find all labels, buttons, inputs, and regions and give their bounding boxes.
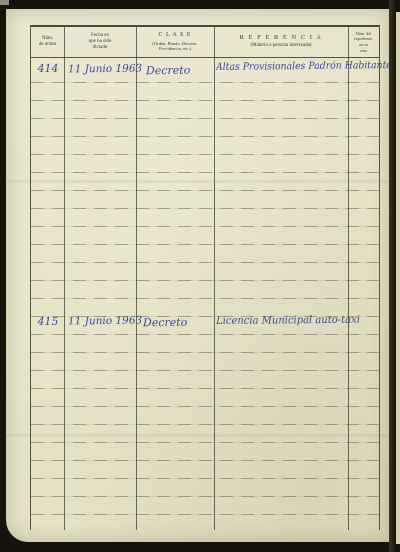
header-line: dictado — [93, 45, 108, 51]
row-line — [31, 316, 379, 317]
row-line — [31, 262, 379, 263]
header-fecha: Fecha en que ha sido dictado — [64, 27, 136, 57]
registry-table: Núm. de orden Fecha en que ha sido dicta… — [30, 25, 380, 530]
row-line — [31, 442, 379, 443]
header-line: Providencia, etc.) — [159, 46, 191, 52]
table-header: Núm. de orden Fecha en que ha sido dicta… — [31, 27, 379, 57]
row-line — [31, 406, 379, 407]
header-clase: C L A S E (Orden, Bando, Decreto, Provid… — [136, 27, 214, 57]
header-referencia: R E F E R E N C I A (Materia o persona i… — [214, 27, 348, 57]
row-line — [31, 136, 379, 137]
header-line: C L A S E — [158, 32, 191, 40]
row-line — [31, 280, 379, 281]
row-line — [31, 298, 379, 299]
row-line — [31, 226, 379, 227]
entry-num: 414 — [31, 62, 65, 76]
entry-date: 11 Junio 1963 — [68, 63, 142, 76]
header-line: (Materia o persona interesada) — [251, 43, 312, 49]
row-line — [31, 424, 379, 425]
header-line: R E F E R E N C I A — [240, 34, 323, 42]
row-line — [31, 208, 379, 209]
row-line — [31, 172, 379, 173]
row-line — [31, 460, 379, 461]
header-num-expediente: Núm. del expediente, en su caso — [348, 27, 379, 57]
row-line — [31, 334, 379, 335]
ledger-page: Núm. de orden Fecha en que ha sido dicta… — [6, 9, 389, 542]
header-line: de orden — [39, 42, 56, 48]
row-line — [31, 388, 379, 389]
row-line — [31, 514, 379, 515]
row-line — [31, 100, 379, 101]
row-line — [31, 244, 379, 245]
row-line — [31, 154, 379, 155]
next-page-edge — [396, 12, 400, 544]
row-line — [31, 496, 379, 497]
row-line — [31, 478, 379, 479]
column-line — [348, 27, 349, 530]
scan-corner-artifact — [0, 0, 9, 5]
scan-background: { "colors": { "scan_background": "#16130… — [0, 0, 400, 552]
entry-reference: Altas Provisionales Padrón Habitantes — [216, 60, 397, 73]
entry-class: Decreto — [146, 64, 190, 78]
row-line — [31, 118, 379, 119]
entry-class: Decreto — [143, 316, 187, 329]
row-line — [31, 190, 379, 191]
row-line — [31, 82, 379, 83]
page-edge-shadow — [389, 0, 396, 552]
column-line — [64, 27, 65, 530]
row-line — [31, 352, 379, 353]
column-line — [214, 27, 215, 530]
row-line — [31, 370, 379, 371]
header-line: caso — [360, 48, 367, 54]
header-rule-line — [31, 57, 379, 58]
header-num-orden: Núm. de orden — [31, 27, 64, 57]
column-line — [136, 27, 137, 530]
